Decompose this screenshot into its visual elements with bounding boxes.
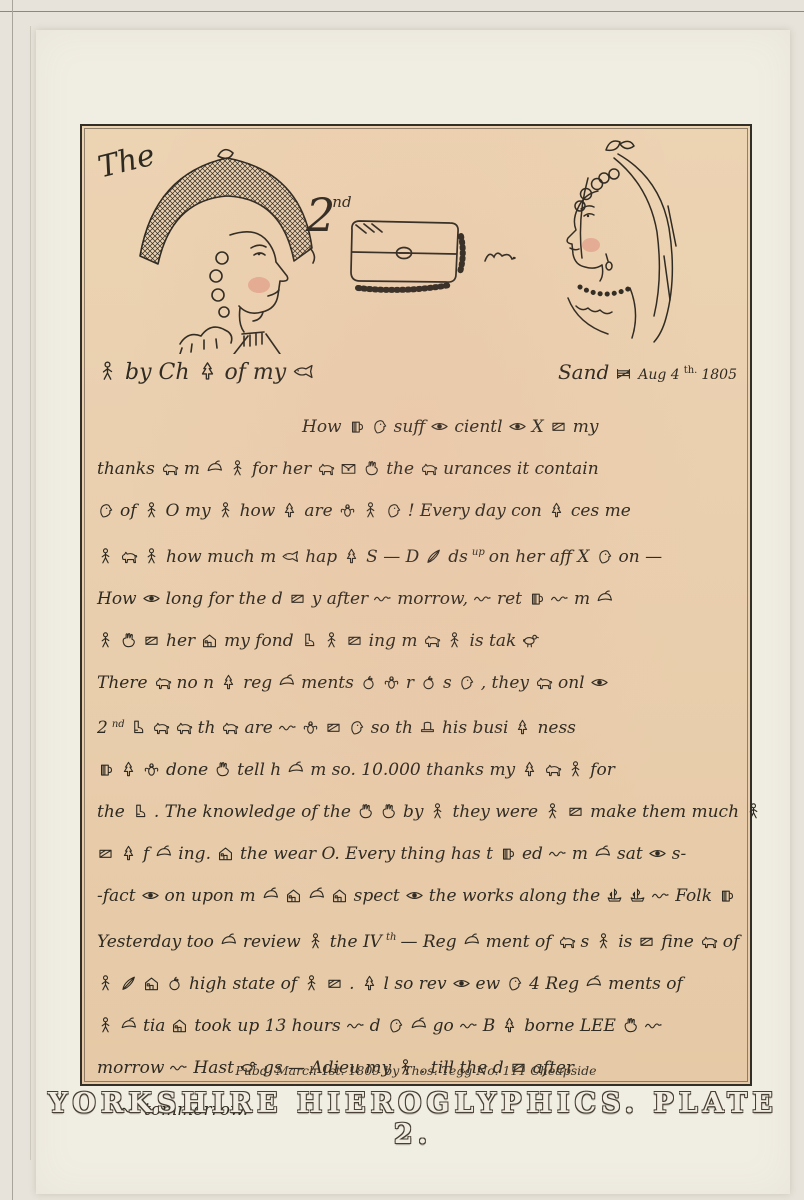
script-text: of my — [225, 360, 287, 385]
eye-icon — [141, 881, 160, 919]
rebus-line: 2ndthareso thhis business — [94, 706, 740, 752]
script-text: O my — [166, 501, 211, 521]
veil — [618, 154, 672, 342]
cupid-icon — [96, 626, 115, 664]
tower-icon — [284, 881, 303, 919]
script-text: my — [573, 417, 599, 437]
script-text: they were — [452, 802, 538, 822]
hand-icon — [356, 797, 375, 835]
crest-icon — [154, 839, 173, 877]
superscript-text: nd — [112, 719, 125, 730]
eye-icon — [430, 412, 449, 450]
crest-icon — [119, 1011, 138, 1049]
worm-icon — [651, 881, 670, 919]
script-text: s — [443, 673, 452, 693]
script-text: took up 13 hours — [194, 1016, 340, 1036]
script-text: the IV — [330, 932, 382, 952]
tankard-icon — [347, 412, 366, 450]
sealed-letter-icon — [340, 210, 478, 300]
script-text: m — [572, 844, 588, 864]
eye-icon — [142, 584, 161, 622]
deer-icon — [316, 454, 335, 492]
peach-icon — [165, 969, 184, 1007]
script-text: reg — [243, 673, 272, 693]
castle-icon — [330, 881, 349, 919]
publication-line: Pubd. March 1st. 1809 by Thos. Tegg No. … — [82, 1063, 750, 1078]
script-text: the works along the — [429, 886, 600, 906]
script-text: is tak — [469, 631, 516, 651]
pig-icon — [160, 454, 179, 492]
worm-icon — [278, 713, 297, 751]
script-text: Sand — [558, 360, 609, 384]
apple-icon — [419, 668, 438, 706]
leaf-icon — [520, 755, 539, 793]
script-text: urances it contain — [443, 459, 599, 479]
script-text: on her aff X — [489, 547, 590, 567]
script-text: the wear O. Every thing has t — [240, 844, 493, 864]
group-icon — [96, 969, 115, 1007]
urn-icon — [498, 839, 517, 877]
worm-icon — [473, 584, 492, 622]
eye-icon — [452, 969, 471, 1007]
urn-icon — [527, 584, 546, 622]
helmet-icon — [205, 454, 224, 492]
script-text: How — [302, 417, 342, 437]
script-text: by Ch — [125, 360, 190, 385]
script-text: her — [166, 631, 195, 651]
cupid-icon — [142, 496, 161, 534]
hook-icon — [325, 969, 344, 1007]
rebus-line: Yesterday tooreviewthe IVth— Regment ofs… — [94, 919, 740, 965]
worm-icon — [644, 1011, 663, 1049]
eye-icon — [648, 839, 667, 877]
bat-icon — [220, 713, 239, 751]
print-scan: The — [0, 0, 804, 1200]
script-text: morrow, — [397, 589, 468, 609]
script-text: ing m — [369, 631, 418, 651]
bench-icon — [324, 713, 343, 751]
script-text: the — [97, 802, 125, 822]
script-text: tell h — [237, 760, 281, 780]
hare-icon — [534, 668, 553, 706]
wagon-icon — [637, 927, 656, 965]
thistle-icon — [342, 542, 361, 580]
dancers-icon — [361, 496, 380, 534]
script-text: ments of — [608, 974, 683, 994]
worm-icon — [373, 584, 392, 622]
table-icon — [96, 839, 115, 877]
script-text: cientl — [454, 417, 502, 437]
sprig-icon — [513, 713, 532, 751]
hand-icon — [213, 755, 232, 793]
ordinal-suffix: nd — [332, 193, 351, 211]
soldier-icon — [142, 542, 161, 580]
farmhouse-icon — [216, 839, 235, 877]
script-text: on — — [619, 547, 663, 567]
script-text: the — [386, 459, 414, 479]
mill-icon — [170, 1011, 189, 1049]
soldier-icon — [96, 542, 115, 580]
script-text: d — [370, 1016, 381, 1036]
paper-edge — [12, 0, 13, 1200]
script-text: f — [143, 844, 149, 864]
fir-tree-icon — [219, 668, 238, 706]
goose-icon — [521, 626, 540, 664]
script-text: on upon m — [165, 886, 256, 906]
crest-icon — [261, 881, 280, 919]
script-text: sat — [617, 844, 643, 864]
ships-icon — [605, 881, 624, 919]
donkey-icon — [419, 454, 438, 492]
grotesque-face-icon — [96, 496, 115, 534]
script-text: m so. 10.000 thanks my — [310, 760, 515, 780]
paper-edge — [30, 26, 31, 1160]
crest-icon — [219, 927, 238, 965]
tankard-icon — [96, 755, 115, 793]
script-text: is — [618, 932, 632, 952]
script-text: tia — [143, 1016, 165, 1036]
boat-icon — [628, 881, 647, 919]
blush — [248, 277, 270, 293]
wreath-icon — [196, 360, 219, 387]
script-text: for her — [252, 459, 311, 479]
dateline: SandAug 4th.1805 — [555, 360, 740, 387]
face-icon — [457, 668, 476, 706]
hand-icon — [379, 797, 398, 835]
dragoons-icon — [557, 927, 576, 965]
hands-icon — [362, 454, 381, 492]
quill-icon — [424, 542, 443, 580]
script-text: spect — [354, 886, 400, 906]
salutation-line: by Chof my SandAug 4th.1805 — [94, 360, 740, 387]
flower-icon — [119, 755, 138, 793]
script-text: . The knowledge of the — [154, 802, 351, 822]
top-hat-icon — [418, 713, 437, 751]
rebus-line: high state of.l so revew4 Regments of — [94, 965, 740, 1007]
script-text: onl — [558, 673, 585, 693]
script-text: ds — [448, 547, 468, 567]
rebus-line: fing.the wear O. Every thing has tedmsat… — [94, 835, 740, 877]
script-text: fine — [661, 932, 693, 952]
building-icon — [142, 969, 161, 1007]
eye-icon — [508, 412, 527, 450]
script-text: hap — [305, 547, 337, 567]
script-text: m — [184, 459, 200, 479]
script-text: There — [97, 673, 148, 693]
pocketbook-icon — [339, 454, 358, 492]
crest-icon — [409, 1011, 428, 1049]
script-text: borne LEE — [524, 1016, 616, 1036]
worm-icon — [550, 584, 569, 622]
rebus-line: the. The knowledge of thebythey weremake… — [94, 793, 740, 835]
superscript-text: th. — [684, 365, 698, 376]
script-text: m — [574, 589, 590, 609]
script-text: make them much — [590, 802, 739, 822]
script-text: — Reg — [400, 932, 456, 952]
portrait-man-bicorne — [130, 136, 320, 354]
rebus-line: -facton upon mspectthe works along theFo… — [94, 877, 740, 919]
letterpress-icon — [549, 412, 568, 450]
script-text: ment of — [486, 932, 552, 952]
face-icon — [505, 969, 524, 1007]
cupid-icon — [445, 626, 464, 664]
eye-icon — [405, 881, 424, 919]
script-text: by — [403, 802, 424, 822]
script-text: are — [244, 718, 272, 738]
script-text: 4 Reg — [529, 974, 579, 994]
rebus-line: HowsuffcientlXmy — [94, 408, 740, 450]
rebus-line: how much mhapS — Ddsupon her aff Xon — — [94, 534, 740, 580]
script-text: done — [166, 760, 208, 780]
script-text: . — [349, 974, 354, 994]
script-text: of — [120, 501, 137, 521]
letter-body: HowsuffcientlXmythanksmfor hertheurances… — [94, 408, 740, 1133]
fly-icon — [338, 496, 357, 534]
tankard-icon — [717, 881, 736, 919]
script-text: 2 — [97, 718, 108, 738]
mirror-icon — [566, 797, 585, 835]
sprig-icon — [360, 969, 379, 1007]
crest-icon — [595, 584, 614, 622]
angel-icon — [216, 496, 235, 534]
script-text: s — [581, 932, 590, 952]
fir-tree-icon — [500, 1011, 519, 1049]
crest-icon — [584, 969, 603, 1007]
worm-icon — [482, 244, 516, 268]
ham-icon — [142, 626, 161, 664]
crest-icon — [593, 839, 612, 877]
script-text: S — D — [366, 547, 419, 567]
friar-face-icon — [347, 713, 366, 751]
rebus-line: thanksmfor hertheurances it contain — [94, 450, 740, 492]
bee-icon — [142, 755, 161, 793]
superscript-text: th — [386, 932, 396, 943]
script-text: ew — [476, 974, 501, 994]
rebus-line: Howlong for the dy aftermorrow,retm — [94, 580, 740, 622]
archer-icon — [96, 1011, 115, 1049]
script-text: ed — [522, 844, 543, 864]
imp-icon — [306, 927, 325, 965]
gate-icon — [614, 364, 633, 387]
face-icon — [386, 1011, 405, 1049]
script-text: for — [590, 760, 615, 780]
bee-icon — [382, 668, 401, 706]
script-text: r — [406, 673, 414, 693]
bicorne-hat — [140, 158, 312, 264]
script-text: ces me — [571, 501, 631, 521]
script-text: -fact — [97, 886, 136, 906]
script-text: are — [304, 501, 332, 521]
script-text: Yesterday too — [97, 932, 214, 952]
script-text: th — [198, 718, 216, 738]
script-text: how much m — [166, 547, 276, 567]
boar-head-icon — [119, 542, 138, 580]
script-text: so th — [371, 718, 413, 738]
hair-bow — [606, 141, 634, 150]
friar-face-icon — [384, 496, 403, 534]
script-text: my fond — [224, 631, 294, 651]
salutation-left: by Chof my — [94, 360, 317, 387]
basket-icon — [288, 584, 307, 622]
helmet-icon — [286, 755, 305, 793]
script-text: Aug 4 — [638, 367, 679, 383]
cobbler-icon — [428, 797, 447, 835]
sprig-icon — [119, 839, 138, 877]
script-text: , they — [481, 673, 529, 693]
bee-icon — [301, 713, 320, 751]
script-text: review — [243, 932, 301, 952]
mounting-sheet: The — [36, 30, 790, 1194]
script-text: no n — [177, 673, 215, 693]
script-text: 1805 — [701, 367, 737, 383]
script-text: long for the d — [166, 589, 283, 609]
bear-icon — [151, 713, 170, 751]
sole-fish-icon — [292, 360, 315, 387]
wig-face-icon — [370, 412, 389, 450]
ordinal-number: 2 — [306, 188, 335, 242]
hand-icon — [119, 626, 138, 664]
necklace — [580, 287, 628, 294]
script-text: suff — [394, 417, 426, 437]
script-text: of — [723, 932, 740, 952]
printed-plate: The — [80, 124, 752, 1086]
script-text: l so rev — [384, 974, 447, 994]
script-text: thanks — [97, 459, 155, 479]
crest-icon — [462, 927, 481, 965]
script-text: ments — [301, 673, 354, 693]
rebus-line: donetell hm so. 10.000 thanks myfor — [94, 751, 740, 793]
script-text: go — [433, 1016, 454, 1036]
script-text: ret — [497, 589, 522, 609]
pear-icon — [359, 668, 378, 706]
plate-title: YORKSHIRE HIEROGLYPHICS. PLATE 2. — [36, 1088, 790, 1150]
rebus-line: tiatook up 13 hoursdgoBborne LEE — [94, 1007, 740, 1049]
script-text: How — [97, 589, 137, 609]
paper-edge — [0, 11, 804, 12]
script-text: X — [532, 417, 544, 437]
rebus-line: ofO myhoware! Every day conces me — [94, 492, 740, 534]
blush — [582, 238, 600, 252]
script-text: ing. — [178, 844, 211, 864]
eel-icon — [281, 542, 300, 580]
claw-hand-icon — [621, 1011, 640, 1049]
worm-icon — [548, 839, 567, 877]
boots-icon — [130, 797, 149, 835]
mole-icon — [422, 626, 441, 664]
superscript-text: up — [472, 547, 485, 558]
deer-icon — [543, 755, 562, 793]
cupid-icon — [96, 360, 119, 387]
vine-icon — [547, 496, 566, 534]
cupid-icon — [566, 755, 585, 793]
script-text: B — [483, 1016, 496, 1036]
lady-icon — [543, 797, 562, 835]
lion-icon — [174, 713, 193, 751]
leg-icon — [128, 713, 147, 751]
rebus-line: Thereno nregmentsrs, theyonl — [94, 664, 740, 706]
script-text: how — [240, 501, 276, 521]
script-text: s- — [672, 844, 686, 864]
dandy-icon — [744, 797, 763, 835]
script-text: high state of — [189, 974, 297, 994]
stockings-icon — [299, 626, 318, 664]
piper-icon — [322, 626, 341, 664]
crest-icon — [307, 881, 326, 919]
script-text: y after — [312, 589, 368, 609]
soldier-icon — [594, 927, 613, 965]
script-text: his busi — [442, 718, 509, 738]
eye-icon — [590, 668, 609, 706]
script-text: ness — [537, 718, 575, 738]
farmhouse-icon — [200, 626, 219, 664]
knight-icon — [302, 969, 321, 1007]
hare-icon — [153, 668, 172, 706]
worm-icon — [346, 1011, 365, 1049]
fir-tree-icon — [280, 496, 299, 534]
worm-icon — [459, 1011, 478, 1049]
rebus-line: hermy fonding mis tak — [94, 622, 740, 664]
script-text: ! Every day con — [408, 501, 542, 521]
cupid-icon — [228, 454, 247, 492]
horse-icon — [699, 927, 718, 965]
face-icon — [595, 542, 614, 580]
wing-icon — [119, 969, 138, 1007]
portrait-woman-veil — [518, 136, 696, 344]
helmet-icon — [277, 668, 296, 706]
axe-icon — [345, 626, 364, 664]
script-text: Folk — [675, 886, 712, 906]
